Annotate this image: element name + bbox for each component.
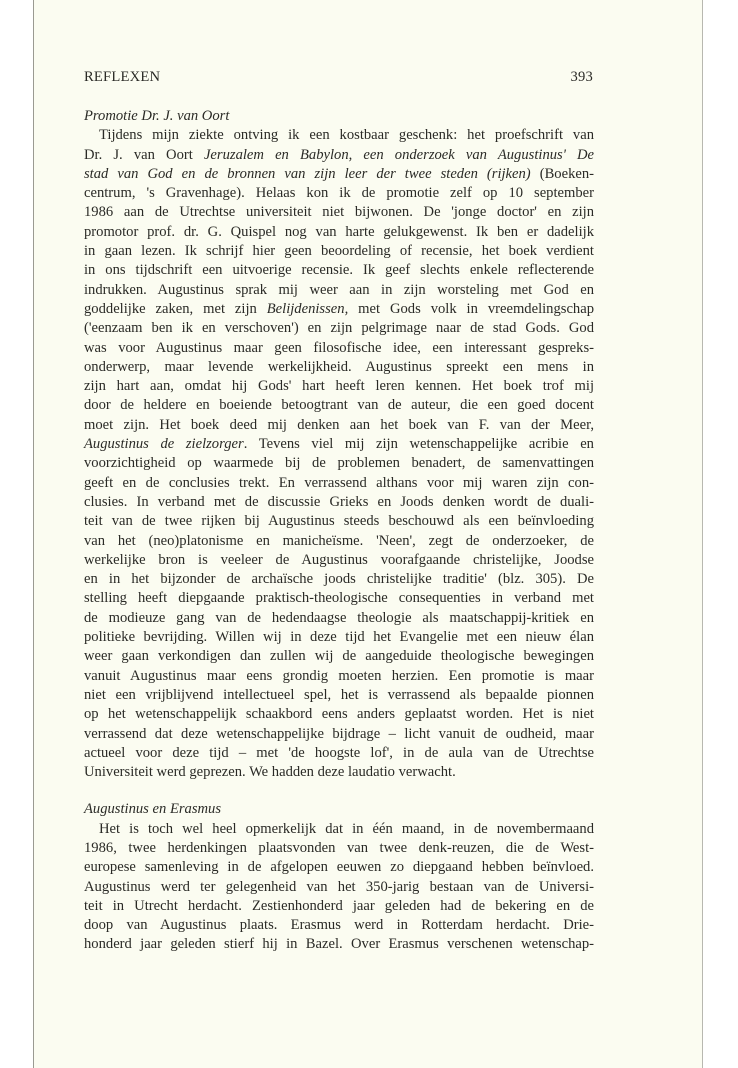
text-line: doop van Augustinus plaats. Erasmus werd… xyxy=(84,916,594,935)
text-line: was voor Augustinus maar geen filosofisc… xyxy=(84,339,594,358)
text-line: teit in Utrecht herdacht. Zestienhonderd… xyxy=(84,897,594,916)
text-line: in gaan lezen. Ik schrijf hier geen beoo… xyxy=(84,242,594,261)
paragraph-augustinus-erasmus: Het is toch wel heel opmerkelijk dat in … xyxy=(84,820,594,955)
body-text: Promotie Dr. J. van Oort Tijdens mijn zi… xyxy=(84,107,594,955)
text-line: niet een vrijblijvend intellectueel spel… xyxy=(84,686,594,705)
text-line: 1986, twee herdenkingen plaatsvonden van… xyxy=(84,839,594,858)
text-line: stelling heeft diepgaande praktisch-theo… xyxy=(84,589,594,608)
text-line: Augustinus werd ter gelegenheid van het … xyxy=(84,878,594,897)
text-line: de modieuze gang van de hedendaagse theo… xyxy=(84,609,594,628)
text-line: teit van de twee rijken bij Augustinus s… xyxy=(84,512,594,531)
text-line: door de heldere en boeiende betoogtrant … xyxy=(84,396,594,415)
text-line: vanuit Augustinus maar eens grondig moet… xyxy=(84,667,594,686)
running-head: REFLEXEN 393 xyxy=(84,69,593,89)
text-line: onderwerp, maar levende werkelijkheid. A… xyxy=(84,358,594,377)
paragraph-promotie: Tijdens mijn ziekte ontving ik een kostb… xyxy=(84,126,594,782)
text-line: Dr. J. van Oort Jeruzalem en Babylon, ee… xyxy=(84,146,594,165)
text-line: geeft en de conclusies trekt. En verrass… xyxy=(84,474,594,493)
text-line: in ons tijdschrift een uitvoerige recens… xyxy=(84,261,594,280)
section-gap xyxy=(84,782,594,800)
text-line: europese samenleving in de afgelopen eeu… xyxy=(84,858,594,877)
text-line: stad van God en de bronnen van zijn leer… xyxy=(84,165,594,184)
text-line: Tijdens mijn ziekte ontving ik een kostb… xyxy=(84,126,594,145)
text-line: Universiteit werd geprezen. We hadden de… xyxy=(84,763,594,782)
text-line: weer gaan verkondigen dan zullen wij de … xyxy=(84,647,594,666)
text-line: politieke bevrijding. Willen wij in deze… xyxy=(84,628,594,647)
text-line: promotor prof. dr. G. Quispel nog van ha… xyxy=(84,223,594,242)
text-line: op het wetenschappelijk schaakbord eens … xyxy=(84,705,594,724)
text-line: moet zijn. Het boek deed mij denken aan … xyxy=(84,416,594,435)
text-line: Augustinus de zielzorger. Tevens viel mi… xyxy=(84,435,594,454)
text-line: werkelijke bron is veeleer de Augustinus… xyxy=(84,551,594,570)
text-line: clusies. In verband met de discussie Gri… xyxy=(84,493,594,512)
text-line: verrassend dat deze wetenschappelijke bi… xyxy=(84,725,594,744)
text-line: en in het bijzonder de archaïsche joods … xyxy=(84,570,594,589)
text-line: actueel voor deze tijd – met 'de hoogste… xyxy=(84,744,594,763)
text-line: voorzichtigheid op waarmede bij de probl… xyxy=(84,454,594,473)
section-heading-augustinus-erasmus: Augustinus en Erasmus xyxy=(84,800,594,819)
text-line: goddelijke zaken, met zijn Belijdenissen… xyxy=(84,300,594,319)
book-page: REFLEXEN 393 Promotie Dr. J. van Oort Ti… xyxy=(33,0,703,1068)
text-line: honderd jaar geleden stierf hij in Bazel… xyxy=(84,935,594,954)
page-number: 393 xyxy=(571,69,594,89)
text-line: ('eenzaam ben ik en verschoven') en zijn… xyxy=(84,319,594,338)
text-line: centrum, 's Gravenhage). Helaas kon ik d… xyxy=(84,184,594,203)
text-line: Het is toch wel heel opmerkelijk dat in … xyxy=(84,820,594,839)
text-line: van het (neo)platonisme en manicheïsme. … xyxy=(84,532,594,551)
running-title: REFLEXEN xyxy=(84,69,160,89)
text-line: zijn hart aan, omdat hij Gods' hart heef… xyxy=(84,377,594,396)
text-line: indrukken. Augustinus sprak mij weer aan… xyxy=(84,281,594,300)
section-heading-promotie: Promotie Dr. J. van Oort xyxy=(84,107,594,126)
text-line: 1986 aan de Utrechtse universiteit niet … xyxy=(84,203,594,222)
